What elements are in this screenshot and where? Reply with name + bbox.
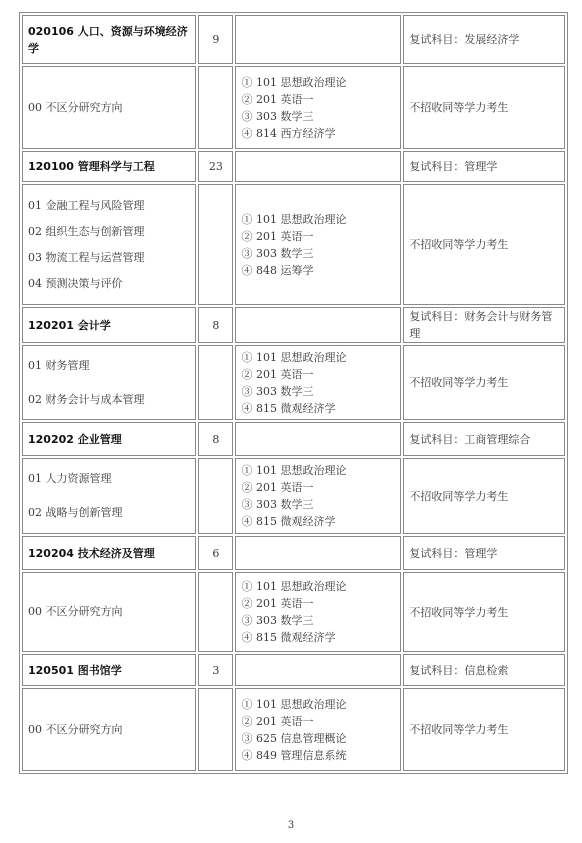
major-header-row: 020106 人口、资源与环境经济学 9 复试科目：发展经济学	[22, 15, 565, 64]
exam-item: ① 101 思想政治理论	[241, 211, 395, 228]
quota-cell-empty	[198, 345, 233, 420]
exam-item: ③ 303 数学三	[241, 245, 395, 262]
exam-subjects: ① 101 思想政治理论 ② 201 英语一 ③ 303 数学三 ④ 815 微…	[235, 345, 401, 420]
exam-cell-empty	[235, 307, 401, 343]
major-detail-row: 01 金融工程与风险管理 02 组织生态与创新管理 03 物流工程与运营管理 0…	[22, 184, 565, 305]
note: 不招收同等学力考生	[403, 66, 565, 149]
research-directions: 00 不区分研究方向	[22, 572, 196, 652]
exam-subjects: ① 101 思想政治理论 ② 201 英语一 ③ 303 数学三 ④ 814 西…	[235, 66, 401, 149]
exam-item: ① 101 思想政治理论	[241, 578, 395, 595]
quota: 3	[198, 654, 233, 686]
exam-cell-empty	[235, 151, 401, 182]
exam-item: ④ 815 微观经济学	[241, 400, 395, 417]
exam-item: ④ 848 运筹学	[241, 262, 395, 279]
retest-subject: 复试科目：管理学	[403, 536, 565, 570]
quota-cell-empty	[198, 458, 233, 534]
quota: 8	[198, 422, 233, 456]
note: 不招收同等学力考生	[403, 688, 565, 771]
major-detail-row: 01 人力资源管理 02 战略与创新管理 ① 101 思想政治理论 ② 201 …	[22, 458, 565, 534]
exam-item: ① 101 思想政治理论	[241, 349, 395, 366]
quota-cell-empty	[198, 66, 233, 149]
retest-subject: 复试科目：财务会计与财务管理	[403, 307, 565, 343]
admissions-table: 020106 人口、资源与环境经济学 9 复试科目：发展经济学 00 不区分研究…	[19, 12, 568, 774]
exam-item: ① 101 思想政治理论	[241, 696, 395, 713]
retest-subject: 复试科目：信息检索	[403, 654, 565, 686]
direction-item: 01 人力资源管理	[28, 462, 190, 496]
quota: 9	[198, 15, 233, 64]
note: 不招收同等学力考生	[403, 458, 565, 534]
exam-subjects: ① 101 思想政治理论 ② 201 英语一 ③ 303 数学三 ④ 815 微…	[235, 572, 401, 652]
direction-item: 01 金融工程与风险管理	[28, 193, 190, 219]
exam-cell-empty	[235, 654, 401, 686]
exam-subjects: ① 101 思想政治理论 ② 201 英语一 ③ 625 信息管理概论 ④ 84…	[235, 688, 401, 771]
page-number: 3	[0, 820, 582, 831]
direction-item: 02 组织生态与创新管理	[28, 219, 190, 245]
exam-item: ③ 625 信息管理概论	[241, 730, 395, 747]
major-header-row: 120201 会计学 8 复试科目：财务会计与财务管理	[22, 307, 565, 343]
exam-item: ④ 814 西方经济学	[241, 125, 395, 142]
direction-item: 00 不区分研究方向	[28, 599, 190, 625]
major-code-name: 120202 企业管理	[22, 422, 196, 456]
exam-item: ③ 303 数学三	[241, 612, 395, 629]
major-header-row: 120202 企业管理 8 复试科目：工商管理综合	[22, 422, 565, 456]
exam-item: ② 201 英语一	[241, 713, 395, 730]
major-code-name: 020106 人口、资源与环境经济学	[22, 15, 196, 64]
direction-item: 00 不区分研究方向	[28, 95, 190, 121]
exam-subjects: ① 101 思想政治理论 ② 201 英语一 ③ 303 数学三 ④ 815 微…	[235, 458, 401, 534]
note: 不招收同等学力考生	[403, 572, 565, 652]
major-code-name: 120501 图书馆学	[22, 654, 196, 686]
exam-cell-empty	[235, 536, 401, 570]
direction-item: 03 物流工程与运营管理	[28, 245, 190, 271]
major-header-row: 120204 技术经济及管理 6 复试科目：管理学	[22, 536, 565, 570]
exam-cell-empty	[235, 422, 401, 456]
retest-subject: 复试科目：管理学	[403, 151, 565, 182]
retest-subject: 复试科目：工商管理综合	[403, 422, 565, 456]
exam-item: ③ 303 数学三	[241, 108, 395, 125]
quota: 23	[198, 151, 233, 182]
major-code-name: 120201 会计学	[22, 307, 196, 343]
direction-item: 02 财务会计与成本管理	[28, 383, 190, 417]
direction-item: 00 不区分研究方向	[28, 717, 190, 743]
direction-item: 01 财务管理	[28, 349, 190, 383]
major-header-row: 120100 管理科学与工程 23 复试科目：管理学	[22, 151, 565, 182]
major-detail-row: 00 不区分研究方向 ① 101 思想政治理论 ② 201 英语一 ③ 303 …	[22, 66, 565, 149]
major-detail-row: 00 不区分研究方向 ① 101 思想政治理论 ② 201 英语一 ③ 625 …	[22, 688, 565, 771]
exam-item: ③ 303 数学三	[241, 496, 395, 513]
exam-item: ① 101 思想政治理论	[241, 462, 395, 479]
note: 不招收同等学力考生	[403, 345, 565, 420]
exam-item: ② 201 英语一	[241, 479, 395, 496]
research-directions: 00 不区分研究方向	[22, 66, 196, 149]
exam-item: ④ 815 微观经济学	[241, 513, 395, 530]
exam-cell-empty	[235, 15, 401, 64]
quota: 8	[198, 307, 233, 343]
major-code-name: 120204 技术经济及管理	[22, 536, 196, 570]
exam-item: ③ 303 数学三	[241, 383, 395, 400]
exam-item: ② 201 英语一	[241, 366, 395, 383]
major-detail-row: 01 财务管理 02 财务会计与成本管理 ① 101 思想政治理论 ② 201 …	[22, 345, 565, 420]
note: 不招收同等学力考生	[403, 184, 565, 305]
exam-item: ① 101 思想政治理论	[241, 74, 395, 91]
major-header-row: 120501 图书馆学 3 复试科目：信息检索	[22, 654, 565, 686]
quota-cell-empty	[198, 184, 233, 305]
exam-item: ④ 849 管理信息系统	[241, 747, 395, 764]
retest-subject: 复试科目：发展经济学	[403, 15, 565, 64]
direction-item: 04 预测决策与评价	[28, 271, 190, 297]
exam-item: ② 201 英语一	[241, 595, 395, 612]
quota-cell-empty	[198, 688, 233, 771]
quota-cell-empty	[198, 572, 233, 652]
research-directions: 00 不区分研究方向	[22, 688, 196, 771]
research-directions: 01 人力资源管理 02 战略与创新管理	[22, 458, 196, 534]
research-directions: 01 财务管理 02 财务会计与成本管理	[22, 345, 196, 420]
exam-subjects: ① 101 思想政治理论 ② 201 英语一 ③ 303 数学三 ④ 848 运…	[235, 184, 401, 305]
exam-item: ④ 815 微观经济学	[241, 629, 395, 646]
direction-item: 02 战略与创新管理	[28, 496, 190, 530]
quota: 6	[198, 536, 233, 570]
exam-item: ② 201 英语一	[241, 228, 395, 245]
research-directions: 01 金融工程与风险管理 02 组织生态与创新管理 03 物流工程与运营管理 0…	[22, 184, 196, 305]
major-code-name: 120100 管理科学与工程	[22, 151, 196, 182]
major-detail-row: 00 不区分研究方向 ① 101 思想政治理论 ② 201 英语一 ③ 303 …	[22, 572, 565, 652]
exam-item: ② 201 英语一	[241, 91, 395, 108]
